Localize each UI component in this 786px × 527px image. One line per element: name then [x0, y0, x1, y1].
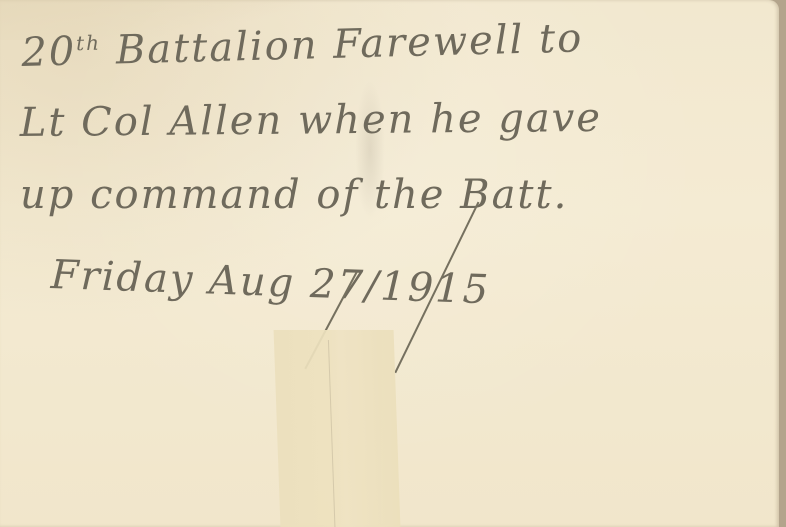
battalion-number: 20 — [21, 29, 77, 76]
paper-card: 20th Battalion Farewell to Lt Col Allen … — [0, 0, 779, 527]
handwriting-line-2: Lt Col Allen when he gave — [20, 95, 603, 146]
handwriting-date-line: Friday Aug 27/1915 — [50, 252, 491, 313]
tape-seam — [328, 340, 336, 527]
adhesive-tape — [274, 330, 401, 527]
handwriting-line-3: up command of the Batt. — [20, 172, 568, 218]
scanned-document: 20th Battalion Farewell to Lt Col Allen … — [0, 0, 786, 527]
ordinal-suffix: th — [76, 31, 102, 56]
